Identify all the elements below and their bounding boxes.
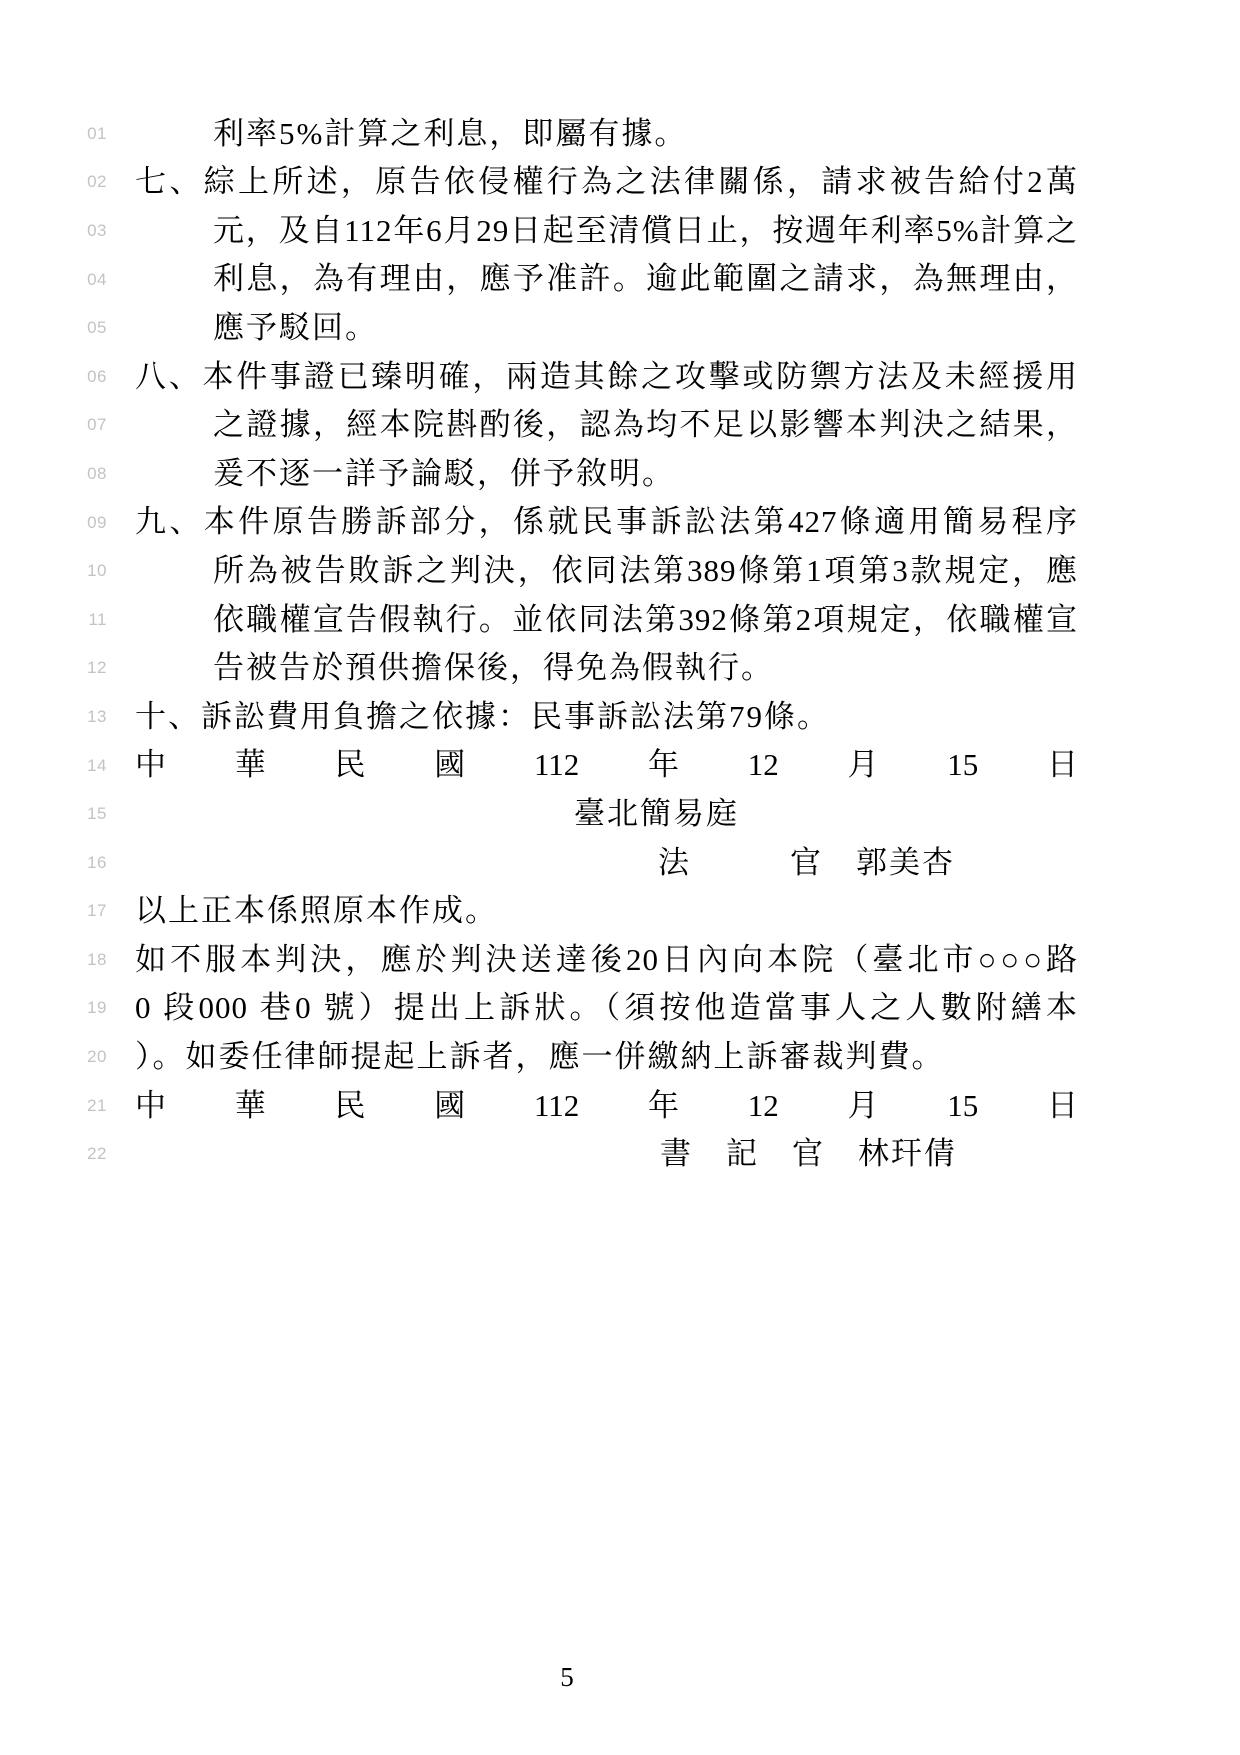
document-line: 16法 官 郭美杏 [0,838,1240,887]
document-body: 01利率5%計算之利息，即屬有據。02七、綜上所述，原告依侵權行為之法律關係，請… [0,109,1240,1178]
document-line: 20）。如委任律師提起上訴者，應一併繳納上訴審裁判費。 [0,1032,1240,1081]
line-number: 20 [60,1048,107,1065]
line-text: 告被告於預供擔保後，得免為假執行。 [213,649,774,686]
line-text: 爰不逐一詳予論駁，併予敘明。 [213,455,675,492]
date-part: 國 [434,746,465,783]
document-line: 03元，及自112年6月29日起至清償日止，按週年利率5%計算之 [0,206,1240,255]
date-part: 日 [1047,746,1078,783]
document-line: 18如不服本判決，應於判決送達後20日內向本院（臺北市○○○路 [0,935,1240,984]
line-text: 0 段000 巷0 號）提出上訴狀。（須按他造當事人之人數附繕本 [135,989,1078,1026]
date-part: 15 [947,746,978,783]
line-number: 09 [60,514,107,531]
document-line: 02七、綜上所述，原告依侵權行為之法律關係，請求被告給付2萬 [0,158,1240,207]
roc-date-line: 中華民國112年12月15日 [135,746,1078,783]
date-part: 年 [648,1087,679,1124]
line-text: 之證據，經本院斟酌後，認為均不足以影響本判決之結果， [213,406,1078,443]
document-line: 22書 記 官 林玕倩 [0,1129,1240,1178]
document-line: 10所為被告敗訴之判決，依同法第389條第1項第3款規定，應 [0,546,1240,595]
line-number: 15 [60,805,107,822]
line-text: 八、本件事證已臻明確，兩造其餘之攻擊或防禦方法及未經援用 [135,358,1078,395]
line-text: ）。如委任律師提起上訴者，應一併繳納上訴審裁判費。 [135,1038,945,1075]
line-text: 以上正本係照原本作成。 [135,892,498,929]
line-number: 08 [60,465,107,482]
line-text: 如不服本判決，應於判決送達後20日內向本院（臺北市○○○路 [135,941,1078,978]
document-line: 190 段000 巷0 號）提出上訴狀。（須按他造當事人之人數附繕本 [0,984,1240,1033]
judge-signature-line: 法 官 郭美杏 [658,844,955,881]
date-part: 112 [534,746,579,783]
line-number: 12 [60,659,107,676]
line-number: 04 [60,271,107,288]
line-number: 19 [60,999,107,1016]
date-part: 華 [235,1087,266,1124]
document-line: 12告被告於預供擔保後，得免為假執行。 [0,644,1240,693]
document-line: 09九、本件原告勝訴部分，係就民事訴訟法第427條適用簡易程序 [0,498,1240,547]
date-part: 日 [1047,1087,1078,1124]
document-line: 01利率5%計算之利息，即屬有據。 [0,109,1240,158]
line-text: 元，及自112年6月29日起至清償日止，按週年利率5%計算之 [213,212,1078,249]
date-part: 華 [235,746,266,783]
document-line: 21中華民國112年12月15日 [0,1081,1240,1130]
line-number: 02 [60,173,107,190]
document-line: 06八、本件事證已臻明確，兩造其餘之攻擊或防禦方法及未經援用 [0,352,1240,401]
line-number: 05 [60,319,107,336]
date-part: 中 [135,746,166,783]
line-number: 22 [60,1145,107,1162]
date-part: 民 [334,1087,365,1124]
line-text: 十、訴訟費用負擔之依據：民事訴訟法第79條。 [135,698,830,735]
line-number: 18 [60,951,107,968]
date-part: 月 [848,1087,879,1124]
document-line: 14中華民國112年12月15日 [0,741,1240,790]
line-number: 06 [60,368,107,385]
date-part: 國 [434,1087,465,1124]
document-line: 11依職權宣告假執行。並依同法第392條第2項規定，依職權宣 [0,595,1240,644]
date-part: 中 [135,1087,166,1124]
clerk-signature-line: 書 記 官 林玕倩 [660,1135,957,1172]
document-line: 15臺北簡易庭 [0,789,1240,838]
document-line: 05應予駁回。 [0,303,1240,352]
line-number: 01 [60,125,107,142]
page-number: 5 [0,1662,1134,1693]
line-text: 利息，為有理由，應予准許。逾此範圍之請求，為無理由， [213,260,1078,297]
judgment-document-page: 01利率5%計算之利息，即屬有據。02七、綜上所述，原告依侵權行為之法律關係，請… [0,0,1240,1755]
line-number: 21 [60,1097,107,1114]
date-part: 民 [334,746,365,783]
document-line: 08爰不逐一詳予論駁，併予敘明。 [0,449,1240,498]
court-name-line: 臺北簡易庭 [574,795,739,832]
line-text: 所為被告敗訴之判決，依同法第389條第1項第3款規定，應 [213,552,1078,589]
line-number: 14 [60,757,107,774]
date-part: 112 [534,1087,579,1124]
line-text: 七、綜上所述，原告依侵權行為之法律關係，請求被告給付2萬 [135,163,1078,200]
line-number: 10 [60,562,107,579]
line-number: 17 [60,902,107,919]
document-line: 17以上正本係照原本作成。 [0,887,1240,936]
date-part: 月 [848,746,879,783]
date-part: 年 [648,746,679,783]
document-line: 07之證據，經本院斟酌後，認為均不足以影響本判決之結果， [0,401,1240,450]
roc-date-line: 中華民國112年12月15日 [135,1087,1078,1124]
line-number: 16 [60,854,107,871]
date-part: 12 [748,746,779,783]
date-part: 12 [748,1087,779,1124]
line-text: 依職權宣告假執行。並依同法第392條第2項規定，依職權宣 [213,601,1078,638]
line-number: 13 [60,708,107,725]
document-line: 04利息，為有理由，應予准許。逾此範圍之請求，為無理由， [0,255,1240,304]
document-line: 13十、訴訟費用負擔之依據：民事訴訟法第79條。 [0,692,1240,741]
line-text: 利率5%計算之利息，即屬有據。 [213,115,687,152]
line-number: 11 [60,611,107,628]
date-part: 15 [947,1087,978,1124]
line-number: 07 [60,416,107,433]
line-text: 應予駁回。 [213,309,378,346]
line-text: 九、本件原告勝訴部分，係就民事訴訟法第427條適用簡易程序 [135,503,1078,540]
line-number: 03 [60,222,107,239]
